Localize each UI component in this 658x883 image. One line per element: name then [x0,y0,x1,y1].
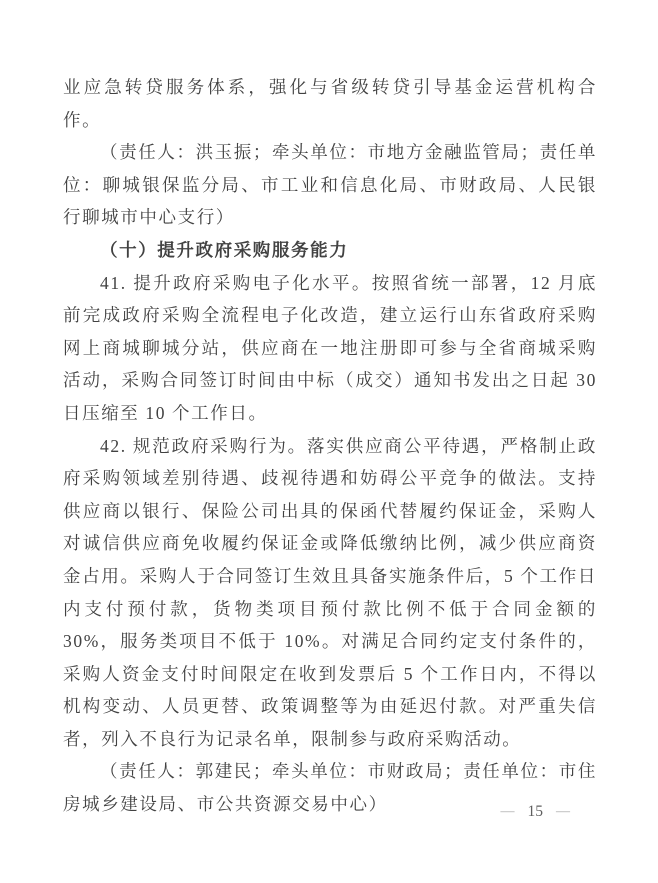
page-number: 15 [528,802,544,822]
footer-left-dash: — [501,802,515,822]
paragraph-item-41: 41. 提升政府采购电子化水平。按照省统一部署，12 月底前完成政府采购全流程电… [63,267,597,430]
footer-right-dash: — [556,802,570,822]
paragraph-item-42: 42. 规范政府采购行为。落实供应商公平待遇，严格制止政府采购领域差别待遇、歧视… [63,430,597,756]
document-body: 业应急转贷服务体系，强化与省级转贷引导基金运营机构合作。 （责任人：洪玉振；牵头… [63,71,597,821]
paragraph-continuation: 业应急转贷服务体系，强化与省级转贷引导基金运营机构合作。 [63,71,597,136]
paragraph-responsibility-note-1: （责任人：洪玉振；牵头单位：市地方金融监管局；责任单位：聊城银保监分局、市工业和… [63,136,597,234]
document-page: 业应急转贷服务体系，强化与省级转贷引导基金运营机构合作。 （责任人：洪玉振；牵头… [0,0,658,883]
page-footer: — 15 — [501,802,571,822]
section-heading-10: （十）提升政府采购服务能力 [63,234,597,267]
